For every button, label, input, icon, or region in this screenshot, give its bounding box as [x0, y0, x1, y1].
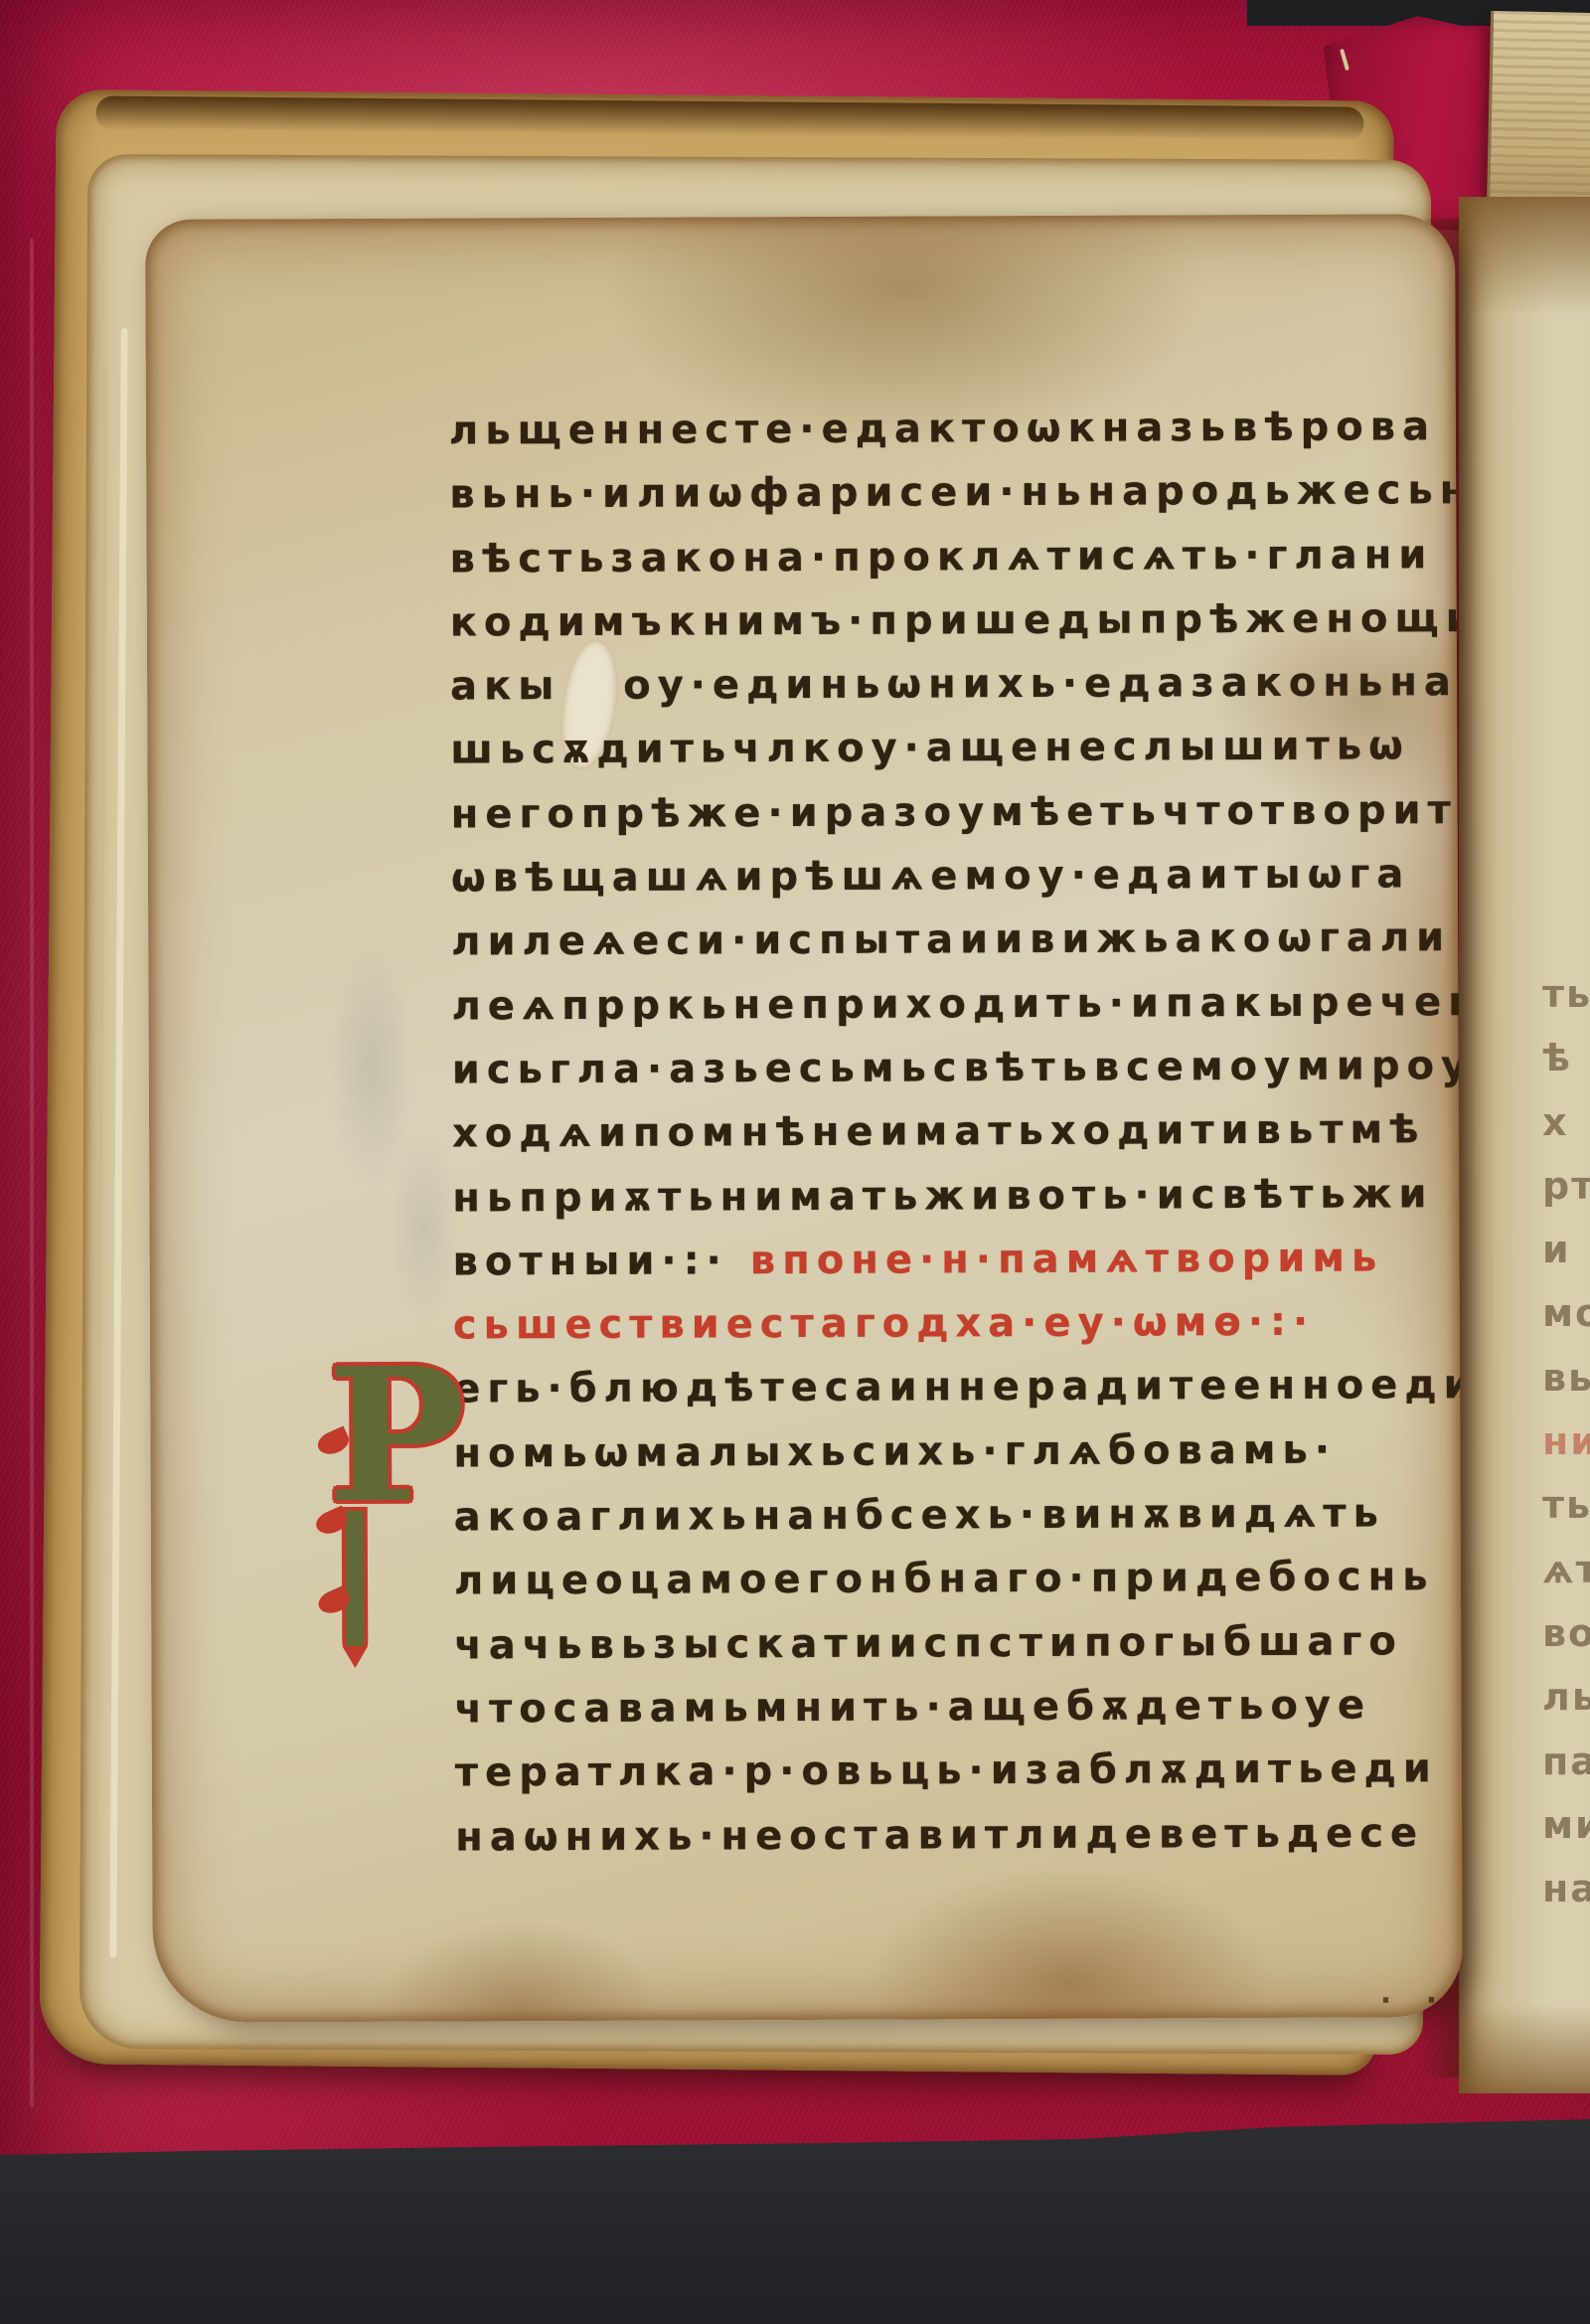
text-line: лицеоцамоегонбнаго·придебоснь: [454, 1545, 1463, 1613]
text-line: шьсѫдитьчлкоу·ащенеслышитьѡ: [450, 714, 1463, 782]
manuscript-photo: { "document": { "kind": "medieval-cyrill…: [0, 0, 1590, 2324]
line-text: кодимъкнимъ·пришедыпрѣженощи: [450, 595, 1463, 646]
facing-fragment: мо: [1542, 1281, 1590, 1345]
line-text: вотныи·:·: [453, 1238, 728, 1284]
text-line: чтосавамьмнить·ащебѫдетьоуе: [454, 1673, 1463, 1742]
line-text: номьѡмалыхьсихь·глѧбовамь·: [453, 1426, 1337, 1476]
manuscript-text: льщеннесте·едактоѡкназьвѣровавьнь·илиѡфа…: [449, 395, 1463, 1869]
line-text: льщеннесте·едактоѡкназьвѣрова: [449, 404, 1436, 453]
facing-fragment: ѣ: [1542, 1026, 1590, 1089]
text-line: егь·блюдѣтесаиннерадитеенноеди: [453, 1353, 1463, 1421]
line-text: лицеоцамоегонбнаго·придебоснь: [454, 1555, 1435, 1604]
line-text: шьсѫдитьчлкоу·ащенеслышитьѡ: [450, 724, 1410, 773]
facing-fragment: ѧт: [1542, 1538, 1590, 1601]
facing-fragment: ль: [1542, 1665, 1590, 1729]
rubric-text: впоне·н·памѧтворимь: [750, 1235, 1384, 1283]
facing-fragment: вь: [1542, 1346, 1590, 1410]
facing-fragment: ть: [1542, 962, 1590, 1026]
parchment-page: льщеннесте·едактоѡкназьвѣровавьнь·илиѡфа…: [145, 214, 1463, 2023]
line-text: чтосавамьмнить·ащебѫдетьоуе: [454, 1682, 1371, 1732]
board-edge: [1487, 11, 1590, 214]
text-line: ходѧипомнѣнеиматьходитивьтмѣ: [452, 1097, 1463, 1166]
margin-dots: · ·: [1380, 1983, 1449, 2018]
line-text: акоаглихьнанбсехь·винѫвидѧть: [454, 1490, 1385, 1540]
text-line: акы оу·единьѡнихь·едазаконьна: [450, 650, 1463, 719]
text-line: леѧпрркьнеприходить·ипакыречеимь: [451, 970, 1463, 1039]
text-line: чачьвьзыскатииспстипогыбшаго: [454, 1609, 1463, 1678]
facing-fragment: рт: [1542, 1154, 1590, 1218]
text-line: тератлка·р·овьць·изаблѫдитьеди: [455, 1737, 1463, 1805]
line-text: лилеѧеси·испытаиивижьакоѡгали: [451, 915, 1451, 965]
line-text: ходѧипомнѣнеиматьходитивьтмѣ: [452, 1107, 1426, 1157]
text-line: номьѡмалыхьсихь·глѧбовамь·: [453, 1417, 1463, 1486]
text-line: вотныи·:·впоне·н·памѧтворимь: [452, 1226, 1462, 1294]
text-line: негопрѣже·иразоумѣетьчтотворить: [451, 778, 1463, 847]
facing-fragment: во: [1542, 1601, 1590, 1665]
facing-fragment: ты: [1542, 1473, 1590, 1537]
text-line: исьгла·азьесьмьсвѣтьвсемоумироу: [452, 1034, 1463, 1102]
facing-fragment: ми: [1542, 1793, 1590, 1857]
text-line: ньприѫтьниматьживоть·исвѣтьжи: [452, 1162, 1463, 1231]
line-text: вьнь·илиѡфарисеи·ньнародьжесьне: [449, 467, 1463, 518]
line-text: негопрѣже·иразоумѣетьчтотворить: [451, 787, 1463, 838]
line-text: ньприѫтьниматьживоть·исвѣтьжи: [452, 1171, 1433, 1221]
text-line: наѡнихь·неоставитлидеветьдесе: [455, 1801, 1463, 1870]
facing-fragment: па: [1542, 1730, 1590, 1793]
rubric-text: сьшествиестагодха·еу·ѡмѳ·:·: [453, 1299, 1315, 1349]
initial-flourish: [342, 1646, 368, 1668]
text-line: кодимъкнимъ·пришедыпрѣженощи: [450, 586, 1463, 655]
facing-fragment: и: [1542, 1218, 1590, 1281]
illuminated-initial: Р: [327, 1362, 447, 1701]
facing-page-fragments: тьѣхртимовьнитыѧтвольпамина: [1542, 962, 1590, 1920]
facing-page-edge: тьѣхртимовьнитыѧтвольпамина: [1459, 197, 1590, 2093]
text-line: ѡвѣщашѧирѣшѧемоу·едаитыѡга: [451, 842, 1463, 911]
text-line: сьшествиестагодха·еу·ѡмѳ·:·: [453, 1289, 1463, 1358]
text-line: вѣстьзакона·проклѧтисѧть·глани: [449, 523, 1463, 591]
text-line: лилеѧеси·испытаиивижьакоѡгали: [451, 906, 1463, 974]
line-text: вѣстьзакона·проклѧтисѧть·глани: [449, 532, 1433, 581]
line-text: ѡвѣщашѧирѣшѧемоу·едаитыѡга: [451, 851, 1411, 901]
facing-fragment: ни: [1542, 1410, 1590, 1473]
line-text: егь·блюдѣтесаиннерадитеенноеди: [453, 1362, 1463, 1412]
line-text: чачьвьзыскатииспстипогыбшаго: [454, 1618, 1403, 1668]
line-text: наѡнихь·неоставитлидеветьдесе: [455, 1810, 1424, 1860]
text-line: льщеннесте·едактоѡкназьвѣрова: [449, 395, 1463, 463]
initial-tail: [346, 1511, 365, 1650]
facing-fragment: на: [1542, 1857, 1590, 1920]
line-text: исьгла·азьесьмьсвѣтьвсемоумироу: [452, 1043, 1463, 1092]
line-text: тератлка·р·овьць·изаблѫдитьеди: [455, 1745, 1438, 1795]
text-line: вьнь·илиѡфарисеи·ньнародьжесьне: [449, 458, 1463, 527]
line-text: леѧпрркьнеприходить·ипакыречеимь: [451, 978, 1463, 1029]
text-line: акоаглихьнанбсехь·винѫвидѧть: [454, 1481, 1463, 1550]
line-text: акы оу·единьѡнихь·едазаконьна: [450, 659, 1458, 709]
facing-fragment: х: [1542, 1090, 1590, 1154]
